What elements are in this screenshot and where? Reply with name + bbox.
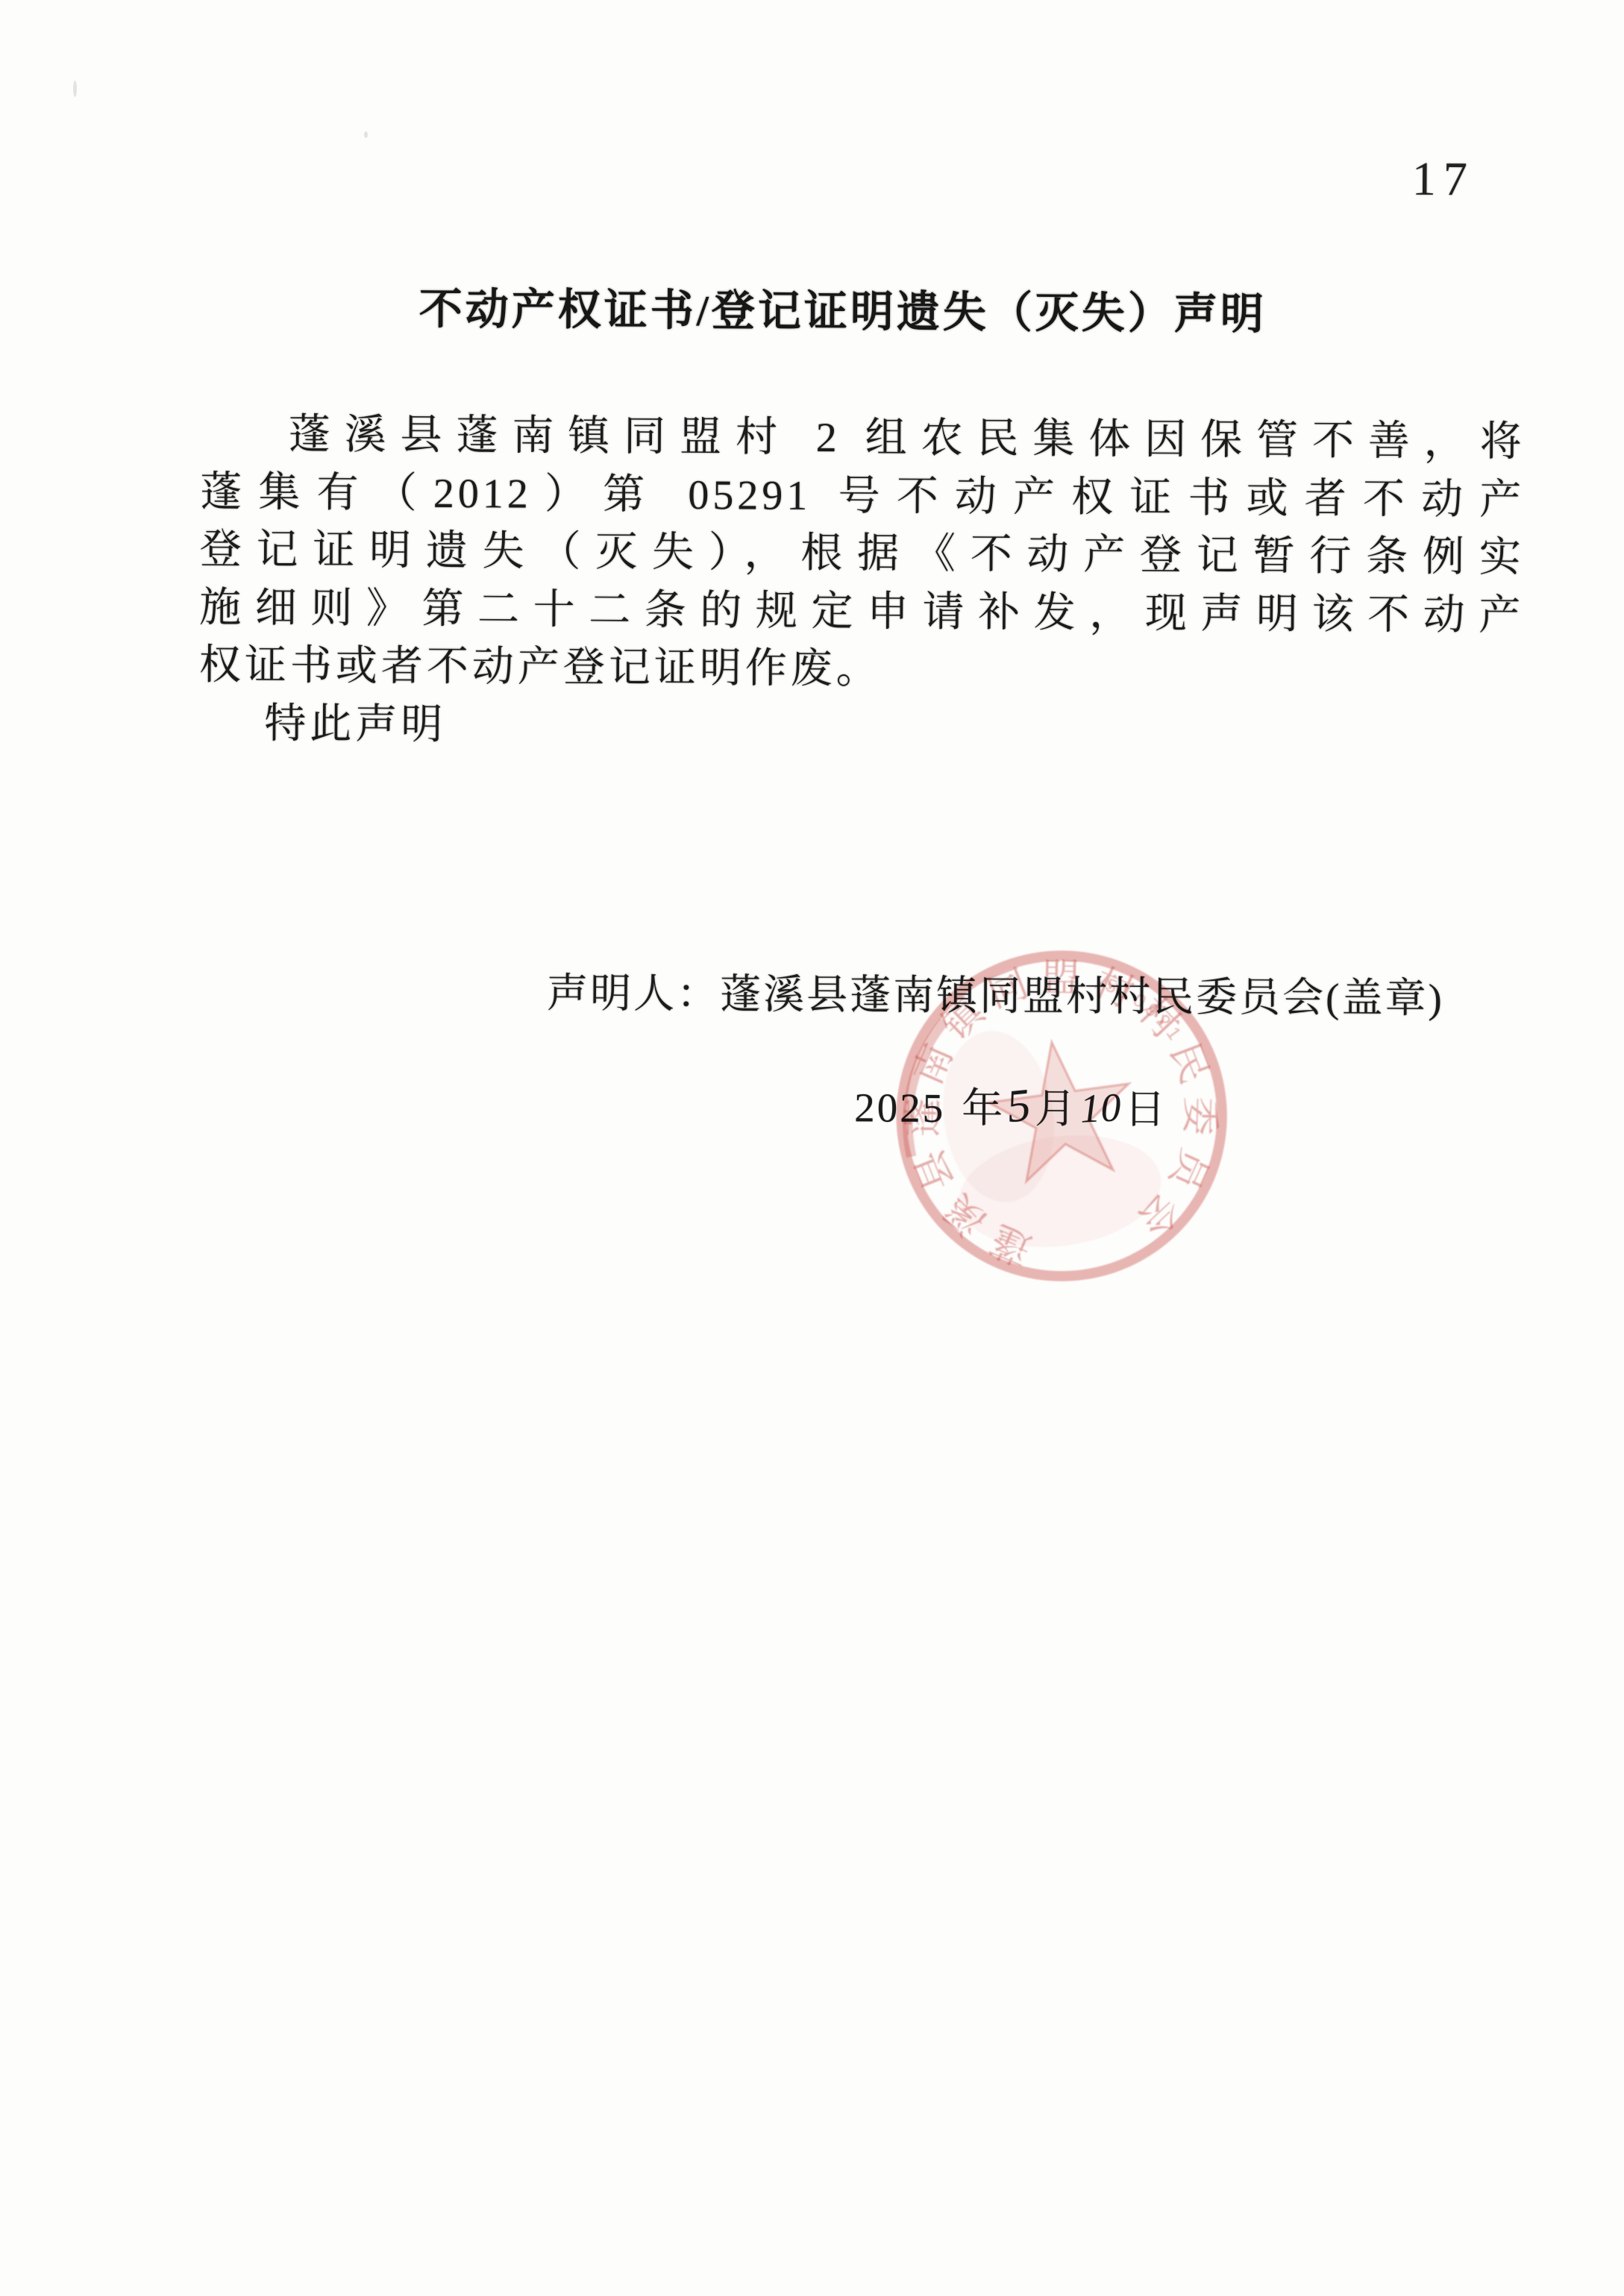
body-line: 施细则》第二十二条的规定申请补发，现声明该不动产 <box>199 579 1524 644</box>
scanned-document-page: 17 不动产权证书/登记证明遗失（灭失）声明 蓬溪县蓬南镇同盟村 2 组农民集体… <box>0 0 1624 2296</box>
page-number: 17 <box>1412 151 1475 207</box>
body-line: 权证书或者不动产登记证明作废。 <box>199 637 1524 703</box>
declarant-label: 声明人： <box>547 970 720 1017</box>
document-title: 不动产权证书/登记证明遗失（灭失）声明 <box>419 274 1267 342</box>
body-line: 登记证明遗失（灭失），根据《不动产登记暂行条例实 <box>200 521 1525 587</box>
document-content: 17 不动产权证书/登记证明遗失（灭失）声明 蓬溪县蓬南镇同盟村 2 组农民集体… <box>0 0 1624 2296</box>
body-line: 蓬溪县蓬南镇同盟村 2 组农民集体因保管不善，将 <box>200 406 1525 471</box>
declaration-body: 蓬溪县蓬南镇同盟村 2 组农民集体因保管不善，将 蓬集有（2012）第 0529… <box>198 406 1526 761</box>
declarant-seal-note: (盖章) <box>1326 975 1444 1021</box>
official-seal-stamp: 蓬溪县蓬南镇同盟村村民委员会 510921 <box>842 896 1282 1335</box>
body-line: 蓬集有（2012）第 05291 号不动产权证书或者不动产 <box>200 463 1525 529</box>
closing-statement: 特此声明 <box>198 694 1523 760</box>
